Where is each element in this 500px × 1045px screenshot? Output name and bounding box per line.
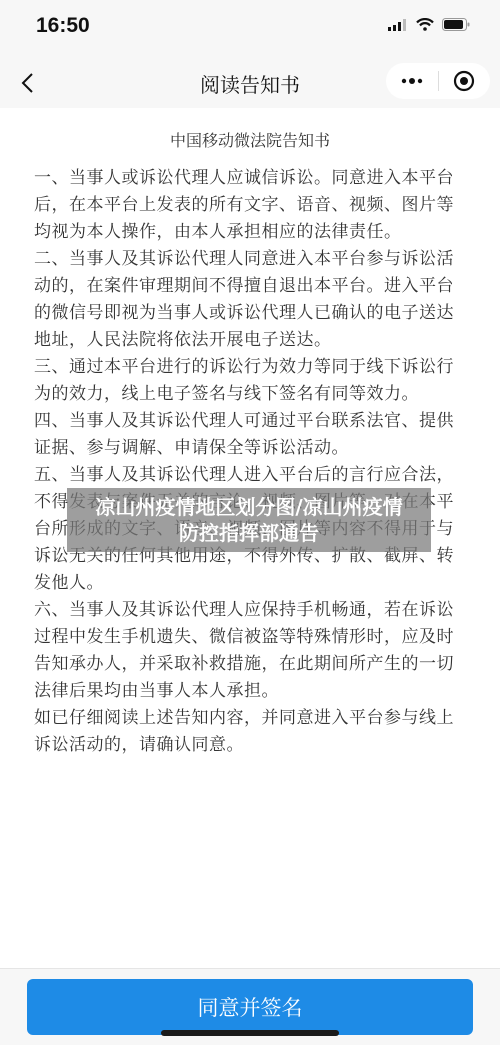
caption-line-2: 防控指挥部通告 [67, 520, 431, 546]
notice-paragraph-1: 一、当事人或诉讼代理人应诚信诉讼。同意进入本平台后，在本平台上发表的所有文字、语… [34, 165, 466, 246]
nav-bar: 阅读告知书 [0, 58, 500, 108]
caption-line-1: 凉山州疫情地区划分图/凉山州疫情 [67, 494, 431, 520]
notice-paragraph-4: 四、当事人及其诉讼代理人可通过平台联系法官、提供证据、参与调解、申请保全等诉讼活… [34, 408, 466, 462]
status-time: 16:50 [36, 14, 90, 38]
more-button[interactable] [386, 63, 438, 99]
notice-paragraph-2: 二、当事人及其诉讼代理人同意进入本平台参与诉讼活动的，在案件审理期间不得擅自退出… [34, 246, 466, 354]
agree-and-sign-button[interactable]: 同意并签名 [27, 979, 473, 1035]
signal-icon [388, 19, 408, 31]
more-dots-icon [400, 77, 424, 85]
notice-paragraph-3: 三、通过本平台进行的诉讼行为效力等同于线下诉讼行为的效力，线上电子签名与线下签名… [34, 354, 466, 408]
watermark-caption: 凉山州疫情地区划分图/凉山州疫情 防控指挥部通告 [67, 488, 431, 552]
battery-icon [442, 18, 470, 31]
notice-paragraph-6: 六、当事人及其诉讼代理人应保持手机畅通，若在诉讼过程中发生手机遗失、微信被盗等特… [34, 597, 466, 705]
mini-program-capsule [386, 63, 490, 99]
wifi-icon [416, 18, 434, 31]
close-program-button[interactable] [439, 63, 491, 99]
document-title: 中国移动微法院告知书 [34, 128, 466, 151]
home-indicator[interactable] [161, 1030, 339, 1036]
notice-document: 中国移动微法院告知书 一、当事人或诉讼代理人应诚信诉讼。同意进入本平台后，在本平… [34, 108, 466, 759]
status-bar: 16:50 [0, 0, 500, 58]
confirmation-paragraph: 如已仔细阅读上述告知内容，并同意进入平台参与线上诉讼活动的，请确认同意。 [34, 705, 466, 759]
target-circle-icon [453, 70, 475, 92]
system-icons [388, 18, 470, 31]
